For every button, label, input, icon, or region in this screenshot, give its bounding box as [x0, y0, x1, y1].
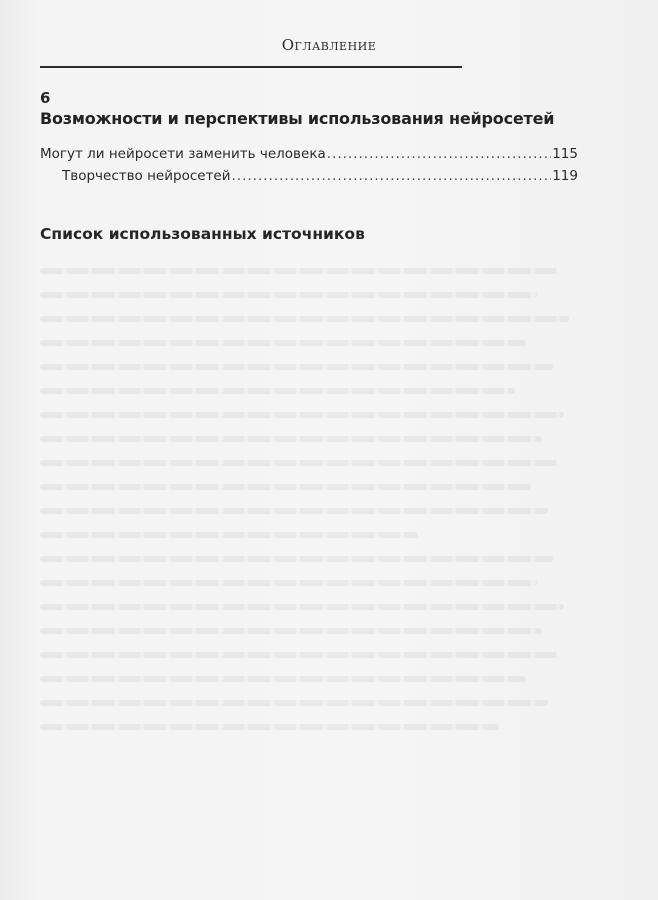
- chapter-number: 6: [40, 89, 50, 107]
- toc-entry-label: Творчество нейросетей: [62, 168, 231, 184]
- toc-page-number: 115: [552, 146, 578, 162]
- section-title[interactable]: Список использованных источников: [40, 225, 365, 243]
- running-head: Оглавление: [0, 36, 658, 54]
- show-through-texture: [40, 250, 580, 730]
- header-rule: [40, 66, 462, 68]
- toc-entry-label: Могут ли нейросети заменить человека: [40, 146, 326, 162]
- dot-leader: [327, 146, 551, 162]
- toc-entry[interactable]: Творчество нейросетей 119: [40, 168, 578, 184]
- chapter-title: Возможности и перспективы использования …: [40, 109, 554, 128]
- toc-page-number: 119: [552, 168, 578, 184]
- dot-leader: [232, 168, 552, 184]
- toc-entry[interactable]: Могут ли нейросети заменить человека 115: [40, 146, 578, 162]
- book-page: Оглавление 6 Возможности и перспективы и…: [0, 0, 658, 900]
